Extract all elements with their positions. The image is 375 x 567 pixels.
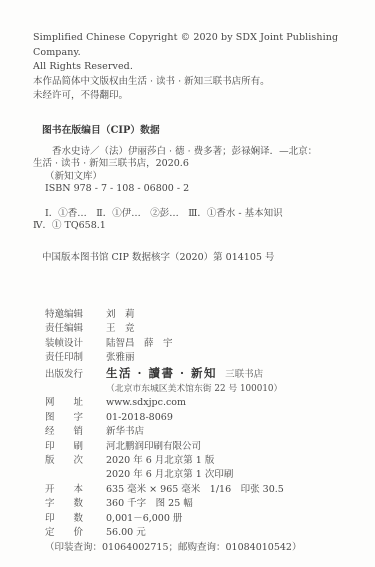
row-value: 360 千字 图 25 幅 (106, 497, 193, 511)
row-label: 图 字 (45, 411, 91, 425)
colophon-row-publisher-address: （北京市东城区美术馆东街 22 号 100010） (45, 382, 363, 396)
row-label: 装帧设计 (45, 337, 91, 351)
colophon-row-word-count: 字 数 360 千字 图 25 幅 (45, 497, 363, 511)
row-value: 新华书店 (106, 425, 144, 439)
publisher-brand-suffix: 三联书店 (225, 369, 263, 380)
inquiry-phone-note: （印装查询：01064002715；邮购查询：01084010542） (45, 541, 363, 555)
row-label: 字 数 (45, 497, 91, 511)
row-value: 2020 年 6 月北京第 1 次印刷 (106, 468, 233, 482)
row-label: 责任印制 (45, 351, 91, 365)
colophon-row-printing: 2020 年 6 月北京第 1 次印刷 (45, 468, 363, 482)
publisher-brand-logotype: 生活 · 讀書 · 新知 (106, 366, 217, 380)
cip-heading: 图书在版编目（CIP）数据 (42, 125, 357, 138)
row-value: 王 竞 (106, 322, 135, 336)
row-value: 河北鹏润印刷有限公司 (106, 440, 201, 454)
row-label: 责任编辑 (45, 322, 91, 336)
cip-series: （新知文库） (45, 171, 357, 184)
colophon-row-printer: 印 刷 河北鹏润印刷有限公司 (45, 440, 363, 454)
colophon-row-design: 装帧设计 陆智昌 薛 宇 (45, 337, 363, 351)
copyright-line-zh-1: 本作品简体中文版权由生活 · 读书 · 新知三联书店所有。 (33, 75, 357, 90)
row-label: 版 次 (45, 454, 91, 468)
copyright-line-zh-2: 未经许可，不得翻印。 (33, 89, 357, 104)
row-value: 01-2018-8069 (106, 411, 173, 425)
row-label: 开 本 (45, 483, 91, 497)
cip-class-line-1: Ⅰ．①香… Ⅱ．①伊… ②彭… Ⅲ．①香水 - 基本知识 (45, 208, 357, 221)
row-label: 印 数 (45, 512, 91, 526)
copyright-notice: Simplified Chinese Copyright © 2020 by S… (33, 31, 357, 104)
publisher-address: （北京市东城区美术馆东街 22 号 100010） (106, 382, 282, 396)
row-value: 635 毫米 × 965 毫米 1/16 印张 30.5 (106, 483, 284, 497)
colophon-row-publisher: 出版发行 生活 · 讀書 · 新知 三联书店 (45, 366, 363, 382)
colophon-row-rights-registration: 图 字 01-2018-8069 (45, 411, 363, 425)
cip-isbn: ISBN 978 - 7 - 108 - 06800 - 2 (45, 183, 357, 196)
colophon-row-edition: 版 次 2020 年 6 月北京第 1 版 (45, 454, 363, 468)
colophon-row-distributor: 经 销 新华书店 (45, 425, 363, 439)
row-label: 网 址 (45, 396, 91, 410)
colophon: 特邀编辑 刘 莉 责任编辑 王 竞 装帧设计 陆智昌 薛 宇 责任印制 张雅丽 … (45, 308, 363, 555)
copyright-line-en-1: Simplified Chinese Copyright © 2020 by S… (33, 31, 357, 60)
book-copyright-page: Simplified Chinese Copyright © 2020 by S… (0, 0, 375, 567)
row-value: 56.00 元 (106, 526, 146, 540)
colophon-row-website: 网 址 www.sdxjpc.com (45, 396, 363, 410)
colophon-row-responsible-editor: 责任编辑 王 竞 (45, 322, 363, 336)
row-label: 出版发行 (45, 368, 91, 382)
row-value: 2020 年 6 月北京第 1 版 (106, 454, 214, 468)
row-value: 0,001－6,000 册 (106, 512, 182, 526)
cip-record-number: 中国版本图书馆 CIP 数据核字（2020）第 014105 号 (42, 252, 357, 265)
colophon-row-price: 定 价 56.00 元 (45, 526, 363, 540)
colophon-row-guest-editor: 特邀编辑 刘 莉 (45, 308, 363, 322)
row-value: 张雅丽 (106, 351, 135, 365)
row-label: 印 刷 (45, 440, 91, 454)
row-value: 陆智昌 薛 宇 (106, 337, 173, 351)
colophon-row-print-supervisor: 责任印制 张雅丽 (45, 351, 363, 365)
website-url: www.sdxjpc.com (106, 396, 186, 410)
colophon-row-print-run: 印 数 0,001－6,000 册 (45, 512, 363, 526)
copyright-line-en-2: All Rights Reserved. (33, 60, 357, 75)
row-value: 刘 莉 (106, 308, 135, 322)
colophon-row-format: 开 本 635 毫米 × 965 毫米 1/16 印张 30.5 (45, 483, 363, 497)
cip-entry-line-1: 香水史诗／（法）伊丽莎白 · 德 · 费多著；彭禄娴译．—北京： (33, 146, 357, 159)
cip-entry-line-2: 生活 · 读书 · 新知三联书店，2020.6 (33, 158, 357, 171)
cip-block: 图书在版编目（CIP）数据 香水史诗／（法）伊丽莎白 · 德 · 费多著；彭禄娴… (33, 125, 357, 264)
row-label: 经 销 (45, 425, 91, 439)
row-label: 定 价 (45, 526, 91, 540)
row-label: 特邀编辑 (45, 308, 91, 322)
cip-class-line-2: Ⅳ．① TQ658.1 (33, 220, 357, 233)
